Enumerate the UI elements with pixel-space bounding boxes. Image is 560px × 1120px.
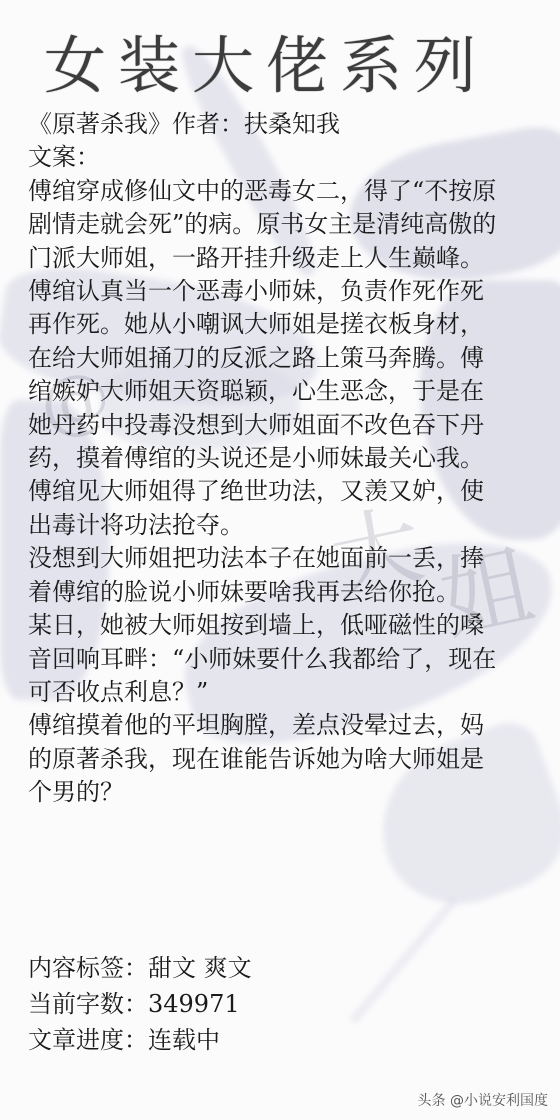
synopsis-line: 没想到大师姐把功法本子在她面前一丢，捧 xyxy=(28,542,528,575)
synopsis-label: 文案： xyxy=(28,141,528,174)
book-meta: 内容标签： 甜文 爽文 当前字数：349971 文章进度：连载中 xyxy=(28,950,252,1058)
synopsis-line: 再作死。她从小嘲讽大师姐是搓衣板身材， xyxy=(28,308,528,341)
book-title-author: 《原著杀我》作者：扶桑知我 xyxy=(28,108,528,141)
wordcount-row: 当前字数：349971 xyxy=(28,986,252,1022)
source-watermark: 头条 @小说安利国度 xyxy=(418,1090,548,1110)
ink-wash-decoration xyxy=(350,896,459,1024)
synopsis-line: 的原著杀我，现在谁能告诉她为啥大师姐是 xyxy=(28,743,528,776)
wordcount-value: 349971 xyxy=(148,986,240,1022)
synopsis-line: 傅绾穿成修仙文中的恶毒女二，得了“不按原 xyxy=(28,175,528,208)
tags-value: 甜文 爽文 xyxy=(148,950,252,986)
synopsis-line: 音回响耳畔：“小师妹要什么我都给了，现在 xyxy=(28,643,528,676)
synopsis-line: 傅绾见大师姐得了绝世功法，又羡又妒，使 xyxy=(28,475,528,508)
wordcount-label: 当前字数： xyxy=(28,986,148,1022)
series-title: 女装大佬系列 xyxy=(44,28,514,104)
synopsis-line: 可否收点利息？” xyxy=(28,676,528,709)
synopsis-line: 出毒计将功法抢夺。 xyxy=(28,509,528,542)
synopsis-line: 傅绾摸着他的平坦胸膛，差点没晕过去，妈 xyxy=(28,709,528,742)
synopsis-line: 门派大师姐，一路开挂升级走上人生巅峰。 xyxy=(28,242,528,275)
tags-row: 内容标签： 甜文 爽文 xyxy=(28,950,252,986)
synopsis-line: 药，摸着傅绾的头说还是小师妹最关心我。 xyxy=(28,442,528,475)
synopsis-line: 着傅绾的脸说小师妹要啥我再去给你抢。 xyxy=(28,576,528,609)
synopsis-line: 傅绾认真当一个恶毒小师妹，负责作死作死 xyxy=(28,275,528,308)
progress-label: 文章进度： xyxy=(28,1022,148,1058)
synopsis-line: 某日，她被大师姐按到墙上，低哑磁性的嗓 xyxy=(28,609,528,642)
synopsis-line: 剧情走就会死”的病。原书女主是清纯高傲的 xyxy=(28,208,528,241)
synopsis-line: 绾嫉妒大师姐天资聪颖，心生恶念，于是在 xyxy=(28,375,528,408)
tags-label: 内容标签： xyxy=(28,950,148,986)
progress-value: 连载中 xyxy=(148,1022,220,1058)
synopsis-line: 在给大师姐捅刀的反派之路上策马奔腾。傅 xyxy=(28,342,528,375)
synopsis-line: 个男的？ xyxy=(28,776,528,809)
book-intro: 《原著杀我》作者：扶桑知我 文案： 傅绾穿成修仙文中的恶毒女二，得了“不按原 剧… xyxy=(28,108,528,810)
progress-row: 文章进度：连载中 xyxy=(28,1022,252,1058)
synopsis-line: 她丹药中投毒没想到大师姐面不改色吞下丹 xyxy=(28,409,528,442)
